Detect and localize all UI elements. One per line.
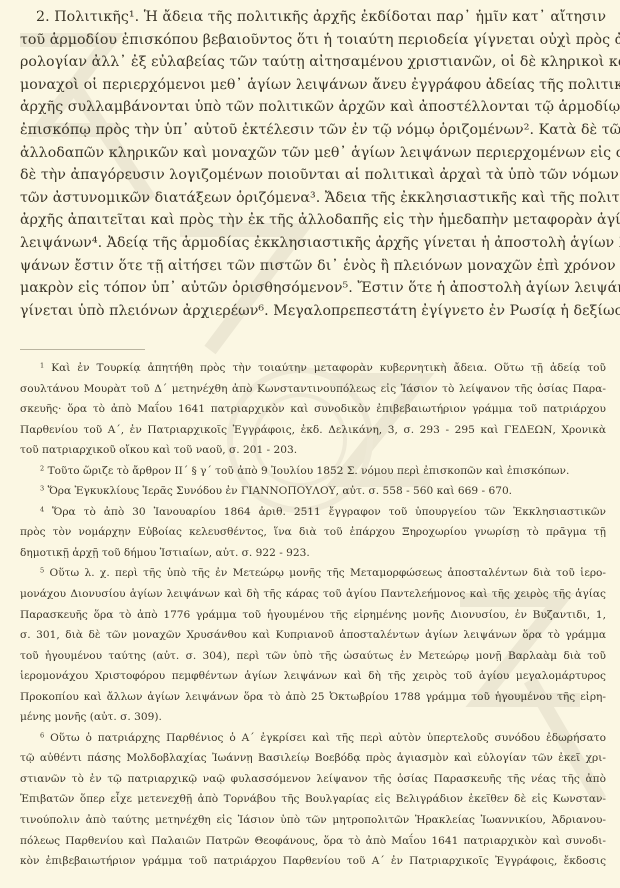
main-line: ἀρχῆς συλλαμβάνονται ὑπὸ τῶν πολιτικῶν ἀ…	[20, 96, 606, 119]
main-line: 2. Πολιτικῆς¹. Ἡ ἄδεια τῆς πολιτικῆς ἀρχ…	[20, 6, 606, 29]
main-line: τῶν ἀστυνομικῶν διατάξεων ὁριζόμενα³. Ἄδ…	[20, 187, 606, 210]
footnote-1-line: 1 Καὶ ἐν Τουρκίᾳ ἀπητήθη πρὸς τὴν τοιαύτ…	[20, 358, 606, 379]
footnote-5-line: μένης μονῆς (αὐτ. σ. 309).	[20, 707, 606, 728]
footnote-marker: 5	[40, 567, 44, 575]
footnote-1-line: Παρθενίου τοῦ Α΄, ἐν Πατριαρχικοῖς Ἐγγρά…	[20, 420, 606, 441]
footnote-1-line: σουλτάνου Μουρὰτ τοῦ Δ΄ μετηνέχθη ἀπὸ Κω…	[20, 379, 606, 400]
footnote-4-line: πρὸς τὸν νομάρχην Εὐβοίας κελευσθέντος, …	[20, 522, 606, 543]
main-line: ψάνων ἔστιν ὅτε τῇ αἰτήσει τῶν πιστῶν δι…	[20, 255, 606, 278]
footnote-5-line: μονάχου Διονυσίου ἁγίων λειψάνων καὶ δὴ …	[20, 584, 606, 605]
footnote-separator	[20, 349, 145, 350]
main-line: μακρὸν εἰς τόπον ὑπ᾽ αὐτῶν ὁρισθησόμενον…	[20, 277, 606, 300]
footnote-6-line: τῷ αὐθέντι πάσης Μολδοβλαχίας Ἰωάννῃ Βασ…	[20, 748, 606, 769]
main-line: ἀλλοδαπῶν κληρικῶν καὶ μοναχῶν τῶν μεθ᾽ …	[20, 142, 606, 165]
footnotes: 1 Καὶ ἐν Τουρκίᾳ ἀπητήθη πρὸς τὴν τοιαύτ…	[20, 358, 606, 872]
main-line: τοῦ ἁρμοδίου ἐπισκόπου βεβαιοῦντος ὅτι ἡ…	[20, 29, 606, 52]
footnote-3-line: 3 Ὅρα Ἐγκυκλίους Ἱερᾶς Συνόδου ἐν ΓΙΑΝΝΟ…	[20, 481, 606, 502]
footnote-2-line: 2 Τοῦτο ὥριζε τὸ ἄρθρον ΙΙ΄ § γ΄ τοῦ ἀπὸ…	[20, 461, 606, 482]
main-line: γίνεται ὑπὸ πλειόνων ἀρχιερέων⁶. Μεγαλοπ…	[20, 300, 606, 323]
footnote-4-line: δημοτικῇ ἀρχῇ τοῦ δήμου Ἱστιαίων, αὐτ. σ…	[20, 543, 606, 564]
main-body-text: 2. Πολιτικῆς¹. Ἡ ἄδεια τῆς πολιτικῆς ἀρχ…	[20, 6, 606, 322]
footnote-marker: 6	[40, 731, 44, 739]
footnote-6-line: τινούπολιν ἀπὸ ταύτης μετηνέχθη εἰς Ἰάσι…	[20, 810, 606, 831]
footnote-5-line: Προκοπίου καὶ ἄλλων ἁγίων λειψάνων ὅρα τ…	[20, 687, 606, 708]
footnote-marker: 1	[40, 361, 44, 369]
main-line: λειψάνων⁴. Ἀδείᾳ τῆς ἁρμοδίας ἐκκλησιαστ…	[20, 232, 606, 255]
main-line: ἐπισκόπῳ πρὸς τὴν ὑπ᾽ αὐτοῦ ἐκτέλεσιν τῶ…	[20, 119, 606, 142]
footnote-1-line: τοῦ πατριαρχικοῦ οἴκου καὶ τοῦ ναοῦ, σ. …	[20, 440, 606, 461]
footnote-6-line: στιανῶν τὸ ἐν τῷ πατριαρχικῷ ναῷ φυλασσό…	[20, 769, 606, 790]
footnote-marker: 3	[40, 485, 44, 493]
main-line: ρολογίαν ἀλλ᾽ ἐξ εὐλαβείας τῶν ταύτῃ αἰτ…	[20, 51, 606, 74]
footnote-5-line: σ. 301, διὰ δὲ τῶν μοναχῶν Χρυσάνθου καὶ…	[20, 625, 606, 646]
footnote-marker: 2	[40, 464, 44, 472]
footnote-marker: 4	[40, 505, 44, 513]
footnote-5-line: ἱερομονάχου Χριστοφόρου πεμφθέντων ἁγίων…	[20, 666, 606, 687]
document-page: 2. Πολιτικῆς¹. Ἡ ἄδεια τῆς πολιτικῆς ἀρχ…	[0, 0, 620, 888]
footnote-1-line: σκευῆς· ὅρα τὸ ἀπὸ Μαΐου 1641 πατριαρχικ…	[20, 399, 606, 420]
main-line: ἀρχῆς ἀπαιτεῖται καὶ πρὸς τὴν ἐκ τῆς ἀλλ…	[20, 209, 606, 232]
footnote-5-line: τοῦ ἡγουμένου ταύτης (αὐτ. σ. 304), περὶ…	[20, 646, 606, 667]
footnote-4-line: 4 Ὅρα τὸ ἀπὸ 30 Ἰανουαρίου 1864 ἀριθ. 25…	[20, 502, 606, 523]
footnote-5-line: Παρασκευῆς ὅρα τὸ ἀπὸ 1776 γράμμα τοῦ ἡγ…	[20, 605, 606, 626]
footnote-5-line: 5 Οὕτω λ. χ. περὶ τῆς ὑπὸ τῆς ἐν Μετεώρῳ…	[20, 563, 606, 584]
main-line: δὲ τὴν ἀπαγόρευσιν λογιζομένων ποιοῦνται…	[20, 164, 606, 187]
footnote-6-line: Ἐπιβατῶν ὅπερ εἶχε μετενεχθῇ ἀπὸ Τορνάβο…	[20, 789, 606, 810]
footnote-6-line: πόλεως Παρθενίου καὶ Παλαιῶν Πατρῶν Θεοφ…	[20, 831, 606, 852]
footnote-6-line: 6 Οὕτω ὁ πατριάρχης Παρθένιος ὁ Α΄ ἐγκρί…	[20, 728, 606, 749]
main-line: μοναχοὶ οἱ περιερχόμενοι μεθ᾽ ἁγίων λειψ…	[20, 74, 606, 97]
footnote-6-line: κὸν ἐπιβεβαιωτήριον γράμμα τοῦ πατριάρχο…	[20, 851, 606, 872]
